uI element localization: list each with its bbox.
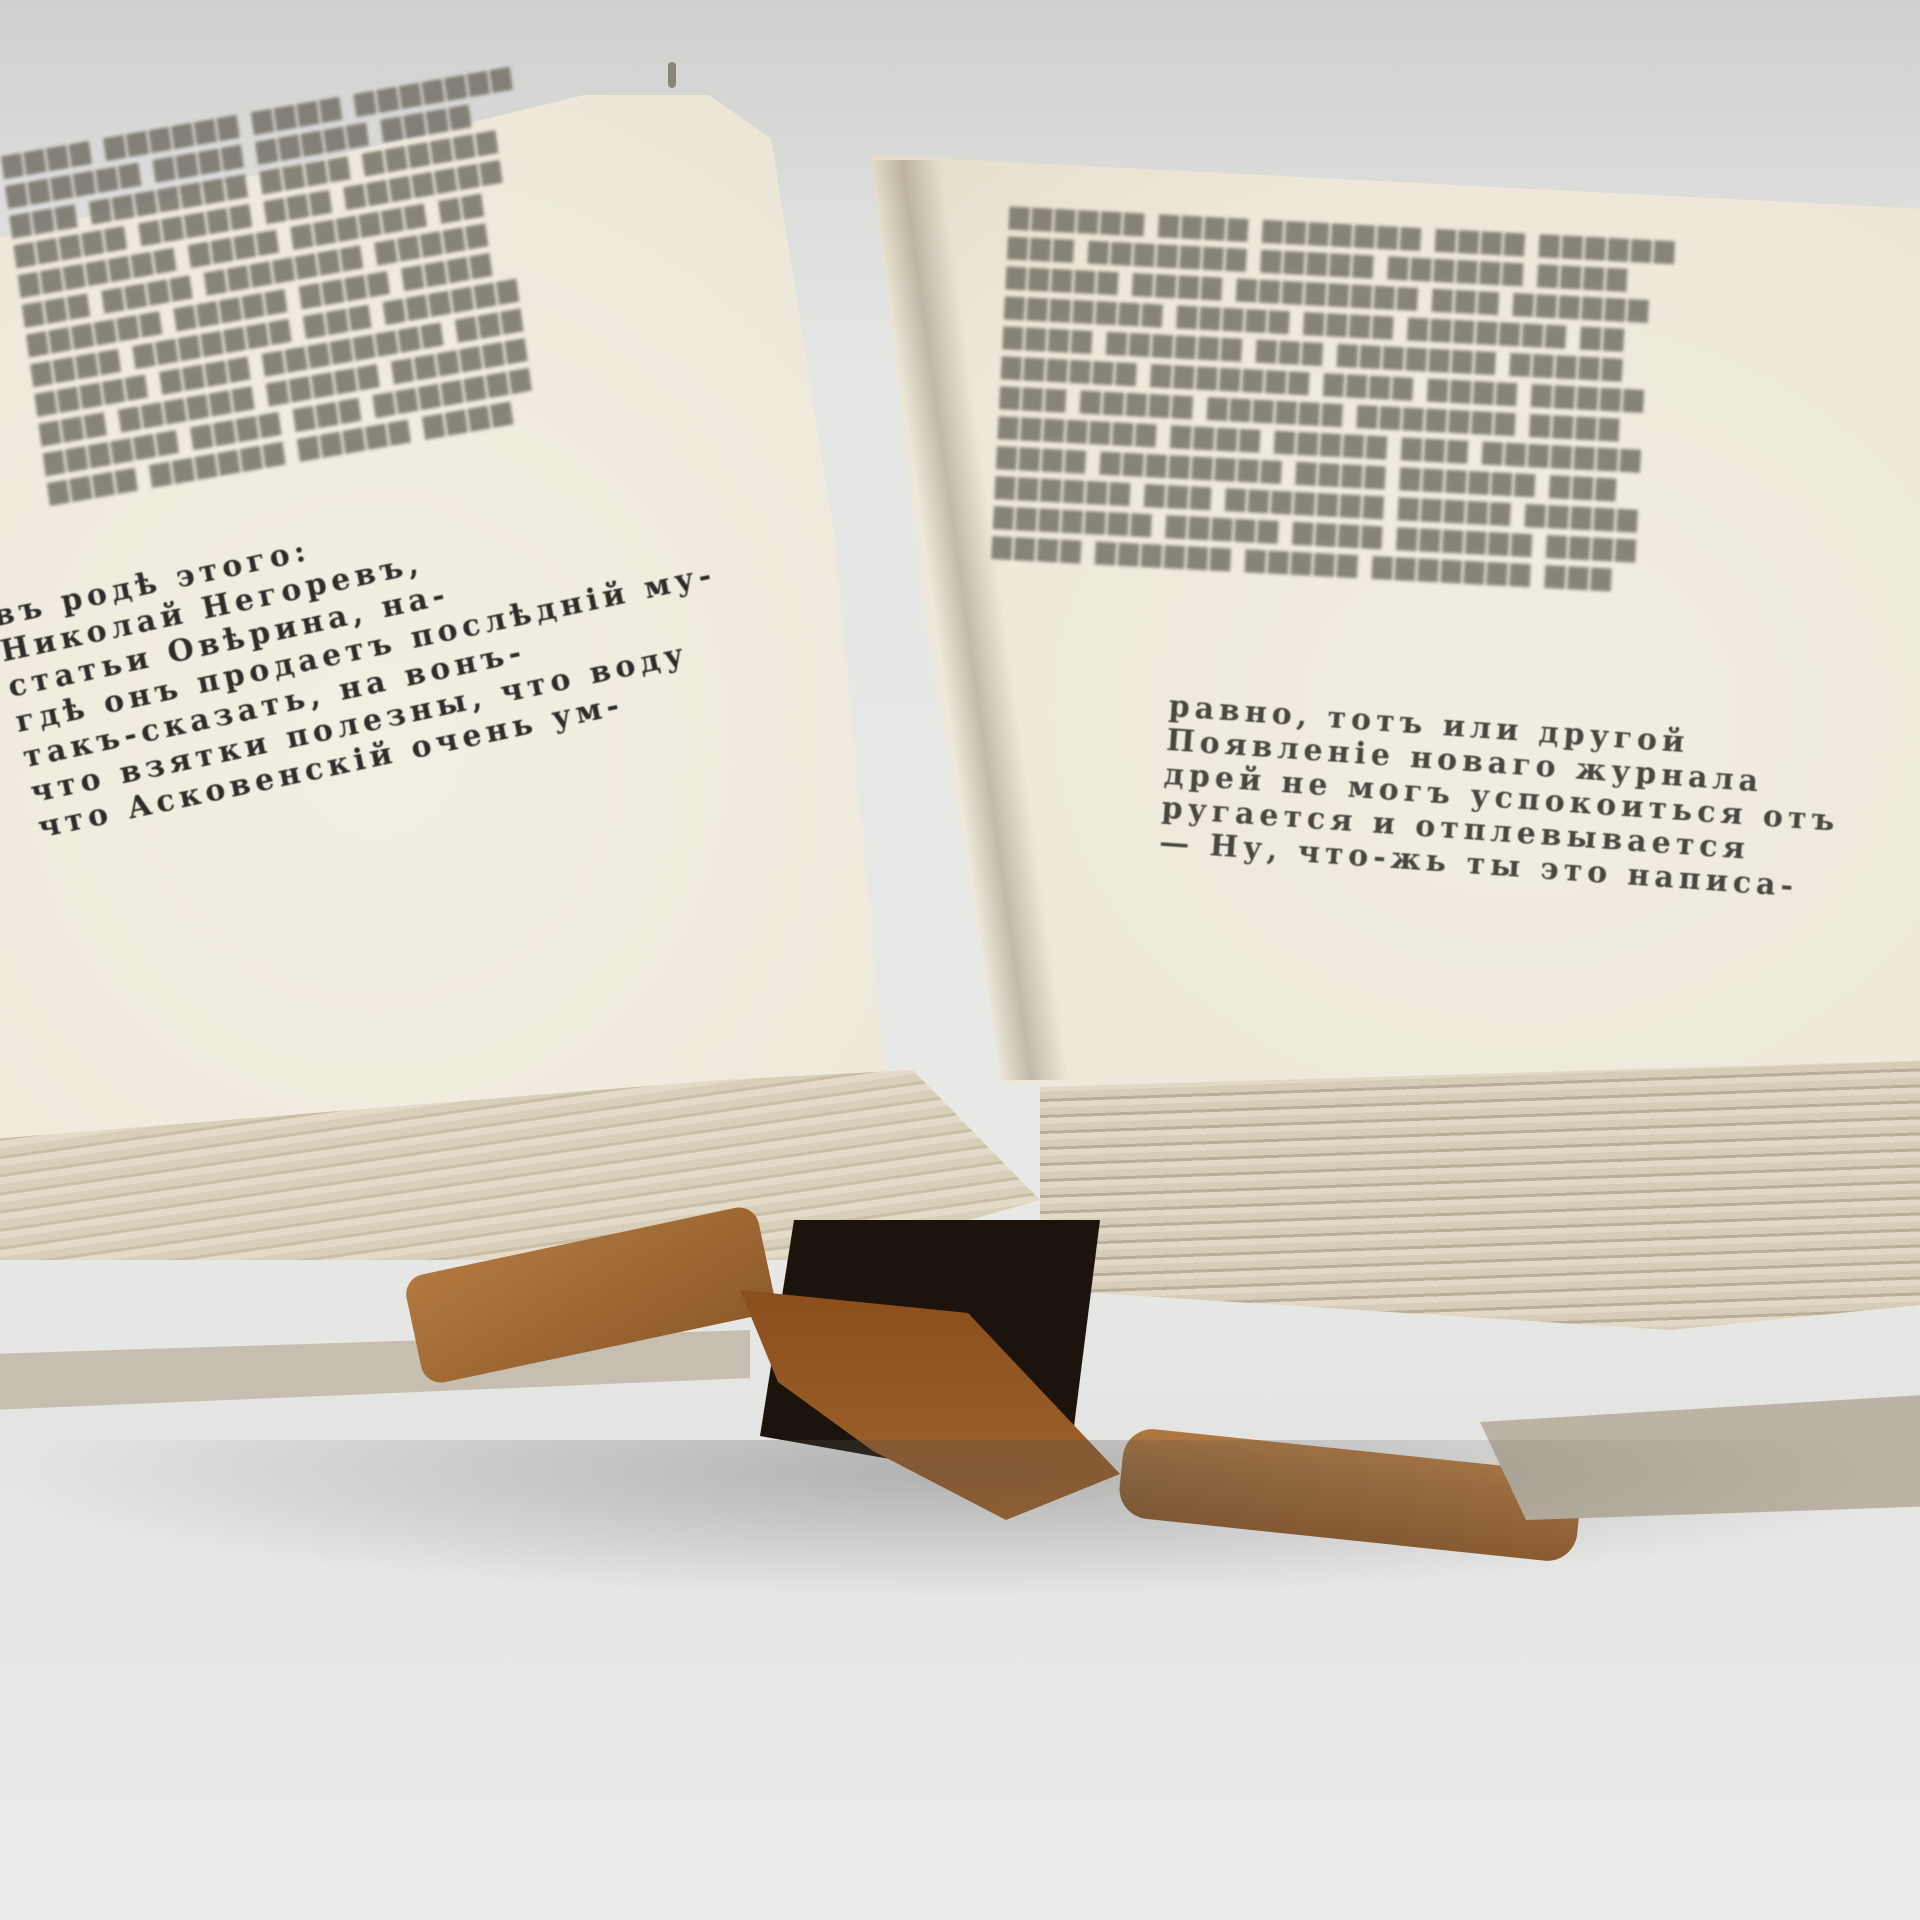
right-page-blurred-text: ▆▆▆▆▆▆ ▆▆▆▆ ▆▆▆▆▆▆▆ ▆▆▆▆ ▆▆▆▆▆▆▆▆▆ ▆▆▆▆▆… bbox=[988, 200, 1919, 667]
left-cover-board bbox=[0, 1330, 750, 1410]
right-page-edges bbox=[1040, 1060, 1920, 1330]
book-shadow bbox=[0, 1440, 1920, 1600]
book-photo: ▆▆▆▆ ▆▆▆▆▆▆ ▆▆▆▆ ▆▆▆▆▆▆▆▆▆▆▆▆▆ ▆▆▆▆ ▆▆▆▆… bbox=[0, 0, 1920, 1920]
paper-fiber bbox=[668, 62, 676, 88]
